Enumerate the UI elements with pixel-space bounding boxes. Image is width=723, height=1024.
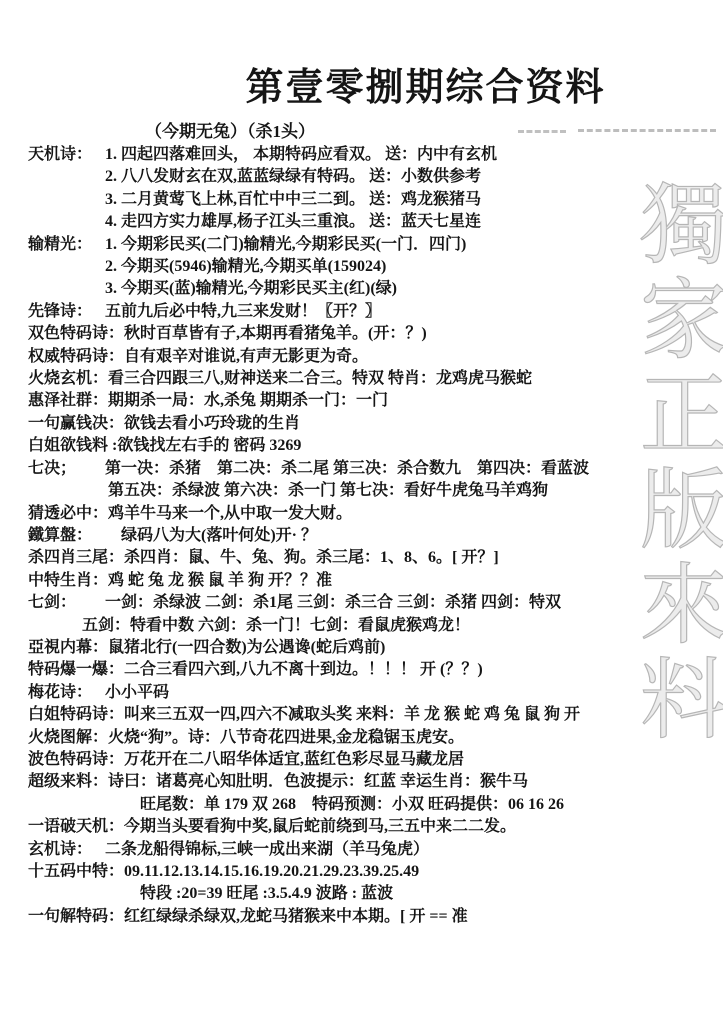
row-label: 一句解特码： (28, 906, 124, 928)
row-label: 梅花诗： (28, 682, 105, 704)
info-row: 玄机诗： 二条龙船得锦标,三峡一成出来湖（羊马兔虎） (28, 839, 688, 861)
info-row: 先锋诗： 五前九后必中特,九三来发财！〖开？〗 (28, 301, 688, 323)
scan-artifact-dashes (518, 130, 566, 133)
row-text: 鸡 蛇 兔 龙 猴 鼠 羊 狗 开？？准 (108, 570, 332, 592)
row-label: 火烧玄机： (28, 368, 108, 390)
info-row: 七剑： 一剑：杀绿波 二剑：杀1尾 三剑：杀三合 三剑：杀猪 四剑：特双 (28, 592, 688, 614)
row-text: 2. 八八发财玄在双,蓝蓝绿绿有特码。 送：小数供参考 (105, 166, 481, 188)
row-text: 欲钱找左右手的 密码 3269 (117, 435, 301, 457)
row-text: 火烧“狗”。诗：八节奇花四进果,金龙稳锯玉虎安。 (108, 727, 464, 749)
row-text: 2. 今期买(5946)输精光,今期买单(159024) (105, 256, 386, 278)
row-label: 亞視内幕： (28, 637, 108, 659)
row-text: 4. 走四方实力雄厚,杨子江头三重浪。 送：蓝天七星连 (105, 211, 481, 233)
info-row: 波色特码诗： 万花开在二八昭华体适宜,蓝红色彩尽显马藏龙居 (28, 749, 688, 771)
row-text: 二合三看四六到,八九不离十到边。！！！ 开 (？？) (124, 659, 483, 681)
row-label: 超级来料： (28, 771, 108, 793)
lottery-info-sheet: 第壹零捌期综合资料 （今期无兔）（杀1头） 天机诗： 1. 四起四落难回头， 本… (0, 0, 723, 1024)
row-text: 1. 今期彩民买(二门)输精光,今期彩民买(一门．四门) (105, 234, 466, 256)
row-label: 七剑： (28, 592, 105, 614)
row-label: 先锋诗： (28, 301, 105, 323)
info-row: 十五码中特： 09.11.12.13.14.15.16.19.20.21.29.… (28, 861, 688, 883)
row-label: 天机诗： (28, 144, 105, 166)
row-text: 绿码八为大(落叶何处)开· ？ (105, 525, 317, 547)
row-text: 自有艰辛对谁说,有声无影更为奇。 (124, 346, 368, 368)
info-row: 特段 :20=39 旺尾 :3.5.4.9 波路 : 蓝波 (28, 883, 688, 905)
row-text: 1. 四起四落难回头， 本期特码应看双。 送：内中有玄机 (105, 144, 497, 166)
row-text: 叫来三五双一四,四六不减取头奖 来料：羊 龙 猴 蛇 鸡 兔 鼠 狗 开 (124, 704, 580, 726)
info-row: 七决； 第一决：杀猪 第二决：杀二尾 第三决：杀合数九 第四决：看蓝波 (28, 458, 688, 480)
row-text: 第五决：杀绿波 第六决：杀一门 第七决：看好牛虎兔马羊鸡狗 (108, 480, 548, 502)
row-text: 看三合四跟三八,财神送来二合三。特双 特肖：龙鸡虎马猴蛇 (108, 368, 532, 390)
row-label: 中特生肖： (28, 570, 108, 592)
row-text: 鸡羊牛马来一个,从中取一发大财。 (108, 503, 352, 525)
row-text: 鼠猪北行(一四合数)为公遇谗(蛇后鸡前) (108, 637, 385, 659)
row-label: 杀四肖三尾： (28, 547, 124, 569)
info-row: 梅花诗： 小小平码 (28, 682, 688, 704)
info-row: 鐵算盤： 绿码八为大(落叶何处)开· ？ (28, 525, 688, 547)
row-text: 第一决：杀猪 第二决：杀二尾 第三决：杀合数九 第四决：看蓝波 (105, 458, 589, 480)
row-label: 双色特码诗： (28, 323, 124, 345)
row-label: 火烧图解： (28, 727, 108, 749)
row-text: 杀四肖：鼠、牛、兔、狗。杀三尾：1、8、6。[ 开？] (124, 547, 499, 569)
row-text: 一剑：杀绿波 二剑：杀1尾 三剑：杀三合 三剑：杀猪 四剑：特双 (105, 592, 561, 614)
info-row: 五剑：特看中数 六剑：杀一门！七剑：看鼠虎猴鸡龙！ (28, 615, 688, 637)
row-label: 特码爆一爆： (28, 659, 124, 681)
info-row: 特码爆一爆： 二合三看四六到,八九不离十到边。！！！ 开 (？？) (28, 659, 688, 681)
scan-artifact-dashes (578, 129, 716, 132)
row-label: 权威特码诗： (28, 346, 124, 368)
row-text: 红红绿绿杀绿双,龙蛇马猪猴来中本期。[ 开 == 准 (124, 906, 468, 928)
info-row: 第五决：杀绿波 第六决：杀一门 第七决：看好牛虎兔马羊鸡狗 (28, 480, 688, 502)
info-row: 旺尾数：单 179 双 268 特码预测：小双 旺码提供：06 16 26 (28, 794, 688, 816)
info-row: 火烧玄机： 看三合四跟三八,财神送来二合三。特双 特肖：龙鸡虎马猴蛇 (28, 368, 688, 390)
subtitle: （今期无兔）（杀1头） (145, 117, 315, 142)
row-label: 惠泽社群： (28, 390, 108, 412)
row-text: 万花开在二八昭华体适宜,蓝红色彩尽显马藏龙居 (124, 749, 464, 771)
info-row: 猜透必中： 鸡羊牛马来一个,从中取一发大财。 (28, 503, 688, 525)
row-text: 3. 二月黄莺飞上林,百忙中中三二到。 送：鸡龙猴猪马 (105, 189, 481, 211)
info-row: 2. 八八发财玄在双,蓝蓝绿绿有特码。 送：小数供参考 (28, 166, 688, 188)
info-row: 白姐特码诗： 叫来三五双一四,四六不减取头奖 来料：羊 龙 猴 蛇 鸡 兔 鼠 … (28, 704, 688, 726)
info-row: 2. 今期买(5946)输精光,今期买单(159024) (28, 256, 688, 278)
row-text: 五剑：特看中数 六剑：杀一门！七剑：看鼠虎猴鸡龙！ (82, 615, 470, 637)
info-row: 白姐欲钱料 : 欲钱找左右手的 密码 3269 (28, 435, 688, 457)
row-text: 小小平码 (105, 682, 169, 704)
row-text: 五前九后必中特,九三来发财！〖开？〗 (105, 301, 381, 323)
info-row: 超级来料： 诗曰：诸葛亮心知肚明．色波提示：红蓝 幸运生肖：猴牛马 (28, 771, 688, 793)
info-row: 一句赢钱决： 欲钱去看小巧玲珑的生肖 (28, 413, 688, 435)
row-text: 旺尾数：单 179 双 268 特码预测：小双 旺码提供：06 16 26 (140, 794, 564, 816)
info-row: 杀四肖三尾： 杀四肖：鼠、牛、兔、狗。杀三尾：1、8、6。[ 开？] (28, 547, 688, 569)
info-row: 火烧图解： 火烧“狗”。诗：八节奇花四进果,金龙稳锯玉虎安。 (28, 727, 688, 749)
info-row: 输精光： 1. 今期彩民买(二门)输精光,今期彩民买(一门．四门) (28, 234, 688, 256)
row-text: 二条龙船得锦标,三峡一成出来湖（羊马兔虎） (105, 839, 429, 861)
row-label: 鐵算盤： (28, 525, 105, 547)
info-row: 天机诗： 1. 四起四落难回头， 本期特码应看双。 送：内中有玄机 (28, 144, 688, 166)
row-text: 今期当头要看狗中奖,鼠后蛇前绕到马,三五中来二二发。 (124, 816, 516, 838)
info-row: 3. 二月黄莺飞上林,百忙中中三二到。 送：鸡龙猴猪马 (28, 189, 688, 211)
info-row: 亞視内幕： 鼠猪北行(一四合数)为公遇谗(蛇后鸡前) (28, 637, 688, 659)
info-row: 一语破天机： 今期当头要看狗中奖,鼠后蛇前绕到马,三五中来二二发。 (28, 816, 688, 838)
info-row: 中特生肖： 鸡 蛇 兔 龙 猴 鼠 羊 狗 开？？准 (28, 570, 688, 592)
row-label: 输精光： (28, 234, 105, 256)
row-text: 期期杀一局：水,杀兔 期期杀一门：一门 (108, 390, 388, 412)
info-row: 权威特码诗： 自有艰辛对谁说,有声无影更为奇。 (28, 346, 688, 368)
row-label: 一句赢钱决： (28, 413, 124, 435)
row-label: 白姐欲钱料 : (28, 435, 117, 457)
row-label: 白姐特码诗： (28, 704, 124, 726)
info-row: 一句解特码： 红红绿绿杀绿双,龙蛇马猪猴来中本期。[ 开 == 准 (28, 906, 688, 928)
info-row: 双色特码诗： 秋时百草皆有子,本期再看猪兔羊。(开：？) (28, 323, 688, 345)
row-text: 欲钱去看小巧玲珑的生肖 (124, 413, 300, 435)
row-label: 猜透必中： (28, 503, 108, 525)
info-row: 惠泽社群： 期期杀一局：水,杀兔 期期杀一门：一门 (28, 390, 688, 412)
row-text: 特段 :20=39 旺尾 :3.5.4.9 波路 : 蓝波 (140, 883, 393, 905)
row-label: 波色特码诗： (28, 749, 124, 771)
row-text: 09.11.12.13.14.15.16.19.20.21.29.23.39.2… (124, 861, 419, 883)
row-text: 秋时百草皆有子,本期再看猪兔羊。(开：？) (124, 323, 427, 345)
row-text: 3. 今期买(蓝)输精光,今期彩民买主(红)(绿) (105, 278, 397, 300)
row-text: 诗曰：诸葛亮心知肚明．色波提示：红蓝 幸运生肖：猴牛马 (108, 771, 528, 793)
row-label: 十五码中特： (28, 861, 124, 883)
info-row: 4. 走四方实力雄厚,杨子江头三重浪。 送：蓝天七星连 (28, 211, 688, 233)
info-row: 3. 今期买(蓝)输精光,今期彩民买主(红)(绿) (28, 278, 688, 300)
page-title: 第壹零捌期综合资料 (0, 56, 723, 111)
row-label: 一语破天机： (28, 816, 124, 838)
row-label: 七决； (28, 458, 105, 480)
info-rows: 天机诗： 1. 四起四落难回头， 本期特码应看双。 送：内中有玄机 2. 八八发… (28, 144, 688, 928)
row-label: 玄机诗： (28, 839, 105, 861)
